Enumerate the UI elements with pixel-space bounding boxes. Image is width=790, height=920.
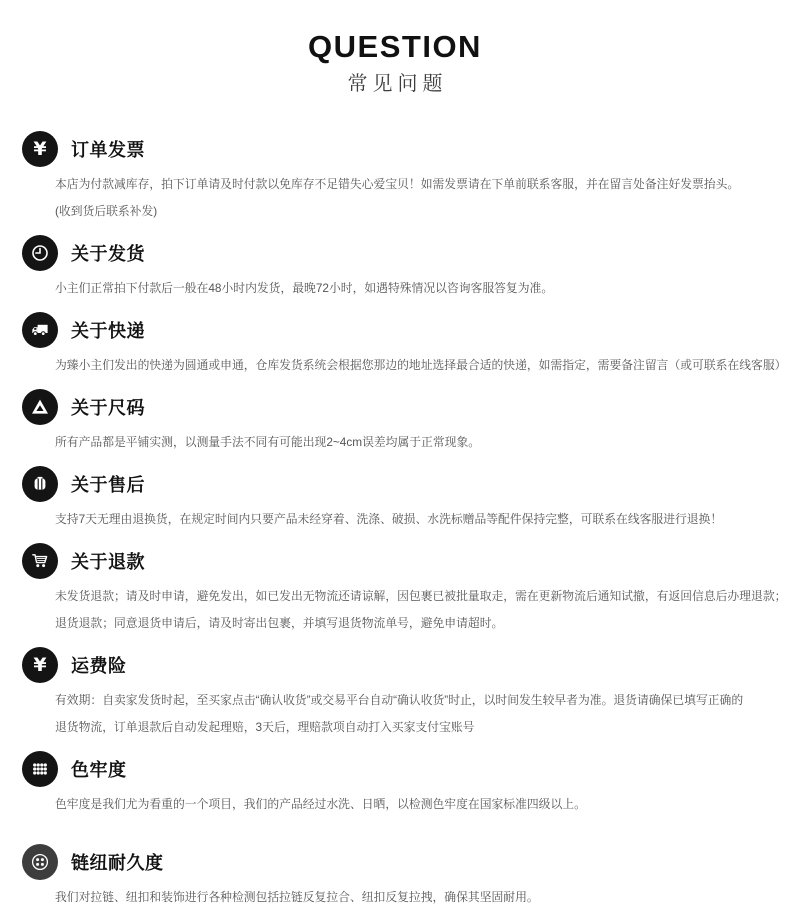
faq-paragraph: 有效期：自卖家发货时起，至买家点击“确认收货”或交易平台自动“确认收货”时止，以…: [55, 687, 788, 714]
faq-item: ¥ 运费险 有效期：自卖家发货时起，至买家点击“确认收货”或交易平台自动“确认收…: [22, 647, 790, 741]
faq-list: ¥ 订单发票 本店为付款减库存，拍下订单请及时付款以免库存不足错失心爱宝贝！如需…: [0, 131, 790, 911]
dot-grid-icon: [22, 751, 58, 787]
faq-item-body: 小主们正常拍下付款后一般在48小时内发货，最晚72小时，如遇特殊情况以咨询客服答…: [55, 275, 790, 302]
yen-icon: ¥: [22, 647, 58, 683]
yen-glyph: ¥: [33, 140, 46, 159]
faq-paragraph: (收到货后联系补发): [55, 198, 788, 225]
faq-item-body: 本店为付款减库存，拍下订单请及时付款以免库存不足错失心爱宝贝！如需发票请在下单前…: [55, 171, 790, 225]
faq-item: ¥ 订单发票 本店为付款减库存，拍下订单请及时付款以免库存不足错失心爱宝贝！如需…: [22, 131, 790, 225]
shopping-cart-icon: [22, 543, 58, 579]
faq-item-title: 色牢度: [71, 756, 127, 782]
faq-item-header: 关于售后: [22, 466, 790, 502]
page-title: QUESTION: [0, 30, 790, 64]
faq-paragraph: 色牢度是我们尤为看重的一个项目，我们的产品经过水洗、日晒，以检测色牢度在国家标准…: [55, 791, 788, 818]
faq-item-title: 关于快递: [71, 317, 145, 343]
faq-item-body: 为臻小主们发出的快递为圆通或申通，仓库发货系统会根据您那边的地址选择最合适的快递…: [55, 352, 790, 379]
faq-item-title: 关于尺码: [71, 394, 145, 420]
faq-item: 关于尺码 所有产品都是平铺实测，以测量手法不同有可能出现2~4cm误差均属于正常…: [22, 389, 790, 456]
page-subtitle: 常见问题: [0, 70, 790, 98]
faq-paragraph: 小主们正常拍下付款后一般在48小时内发货，最晚72小时，如遇特殊情况以咨询客服答…: [55, 275, 788, 302]
faq-paragraph: 未发货退款；请及时申请，避免发出，如已发出无物流还请谅解，因包裹已被批量取走，需…: [55, 583, 788, 610]
faq-item-title: 关于发货: [71, 240, 145, 266]
faq-item-header: 关于发货: [22, 235, 790, 271]
faq-paragraph: 本店为付款减库存，拍下订单请及时付款以免库存不足错失心爱宝贝！如需发票请在下单前…: [55, 171, 788, 198]
faq-paragraph: 支持7天无理由退换货，在规定时间内只要产品未经穿着、洗涤、破损、水洗标赠品等配件…: [55, 506, 788, 533]
faq-item-header: 链纽耐久度: [22, 844, 790, 880]
faq-item-header: 色牢度: [22, 751, 790, 787]
faq-item: 关于退款 未发货退款；请及时申请，避免发出，如已发出无物流还请谅解，因包裹已被批…: [22, 543, 790, 637]
striped-bag-icon: [22, 466, 58, 502]
faq-paragraph: 为臻小主们发出的快递为圆通或申通，仓库发货系统会根据您那边的地址选择最合适的快递…: [55, 352, 788, 379]
faq-item: 链纽耐久度 我们对拉链、纽扣和装饰进行各种检测包括拉链反复拉合、纽扣反复拉拽，确…: [22, 844, 790, 911]
faq-item-header: 关于退款: [22, 543, 790, 579]
delivery-truck-icon: [22, 312, 58, 348]
faq-item-title: 链纽耐久度: [71, 849, 164, 875]
faq-item-body: 未发货退款；请及时申请，避免发出，如已发出无物流还请谅解，因包裹已被批量取走，需…: [55, 583, 790, 637]
faq-item-header: 关于快递: [22, 312, 790, 348]
faq-item: 关于售后 支持7天无理由退换货，在规定时间内只要产品未经穿着、洗涤、破损、水洗标…: [22, 466, 790, 533]
faq-item-body: 色牢度是我们尤为看重的一个项目，我们的产品经过水洗、日晒，以检测色牢度在国家标准…: [55, 791, 790, 818]
faq-item: 关于快递 为臻小主们发出的快递为圆通或申通，仓库发货系统会根据您那边的地址选择最…: [22, 312, 790, 379]
faq-paragraph: 我们对拉链、纽扣和装饰进行各种检测包括拉链反复拉合、纽扣反复拉拽，确保其坚固耐用…: [55, 884, 788, 911]
faq-item-header: ¥ 运费险: [22, 647, 790, 683]
faq-item-header: ¥ 订单发票: [22, 131, 790, 167]
faq-item-title: 运费险: [71, 652, 127, 678]
set-square-icon: [22, 389, 58, 425]
faq-item-title: 关于售后: [71, 471, 145, 497]
faq-item-header: 关于尺码: [22, 389, 790, 425]
faq-item-body: 我们对拉链、纽扣和装饰进行各种检测包括拉链反复拉合、纽扣反复拉拽，确保其坚固耐用…: [55, 884, 790, 911]
faq-item-title: 订单发票: [71, 136, 145, 162]
faq-page: QUESTION 常见问题 ¥ 订单发票 本店为付款减库存，拍下订单请及时付款以…: [0, 0, 790, 920]
faq-paragraph: 退货退款；同意退货申请后，请及时寄出包裹，并填写退货物流单号，避免申请超时。: [55, 610, 788, 637]
faq-item-body: 所有产品都是平铺实测，以测量手法不同有可能出现2~4cm误差均属于正常现象。: [55, 429, 790, 456]
faq-item-body: 支持7天无理由退换货，在规定时间内只要产品未经穿着、洗涤、破损、水洗标赠品等配件…: [55, 506, 790, 533]
button-icon: [22, 844, 58, 880]
faq-item: 关于发货 小主们正常拍下付款后一般在48小时内发货，最晚72小时，如遇特殊情况以…: [22, 235, 790, 302]
faq-item: 色牢度 色牢度是我们尤为看重的一个项目，我们的产品经过水洗、日晒，以检测色牢度在…: [22, 751, 790, 818]
faq-item-title: 关于退款: [71, 548, 145, 574]
faq-paragraph: 退货物流，订单退款后自动发起理赔，3天后，理赔款项自动打入买家支付宝账号: [55, 714, 788, 741]
yen-icon: ¥: [22, 131, 58, 167]
faq-paragraph: 所有产品都是平铺实测，以测量手法不同有可能出现2~4cm误差均属于正常现象。: [55, 429, 788, 456]
faq-item-body: 有效期：自卖家发货时起，至买家点击“确认收货”或交易平台自动“确认收货”时止，以…: [55, 687, 790, 741]
yen-glyph: ¥: [33, 656, 46, 675]
clock-icon: [22, 235, 58, 271]
